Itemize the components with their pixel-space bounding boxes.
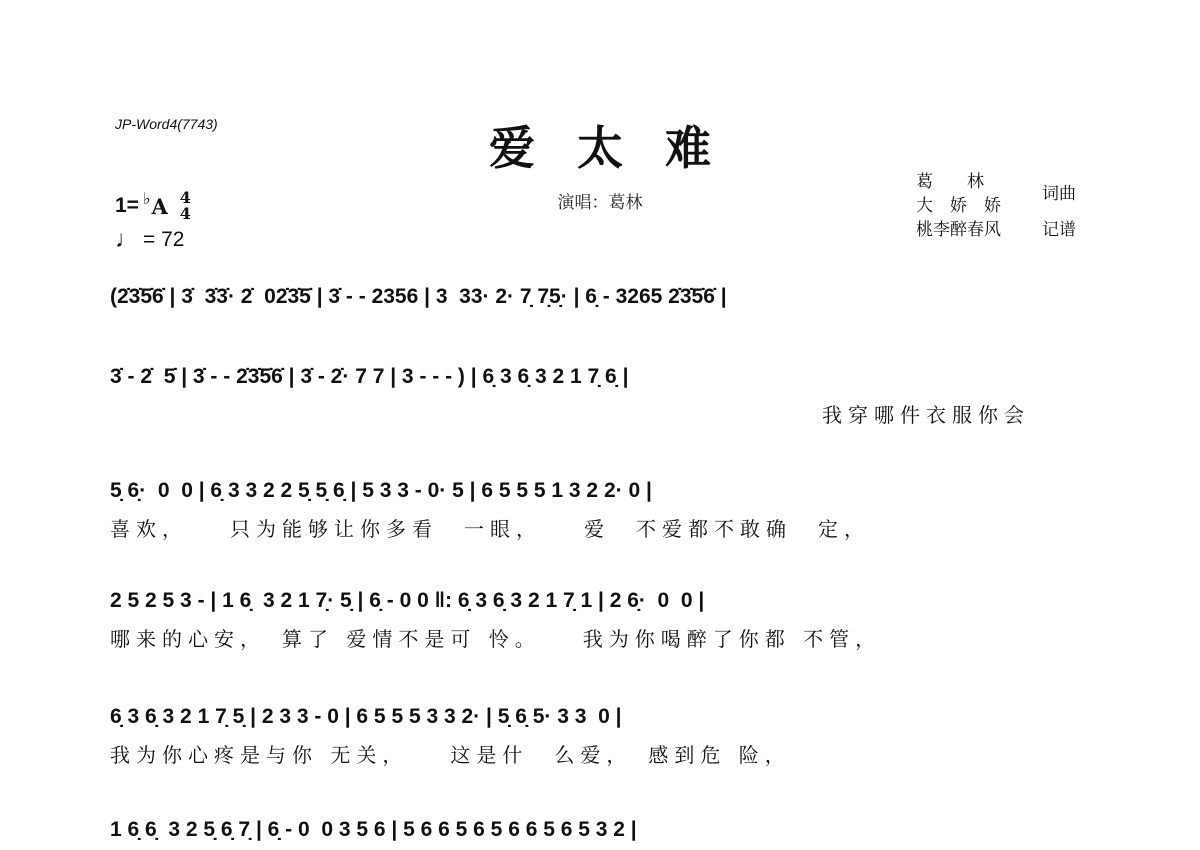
notation-line: 6̣ 3 6̣ 3 2 1 7̣ 5̣ | 2 3 3 - 0 | 6 5 5 … bbox=[110, 702, 1095, 732]
lyricist-role: 词曲 bbox=[1042, 170, 1076, 218]
score-system-4: 2 5 2 5 3 - | 1 6̣ 3 2 1 7̣· 5̣ | 6̣ - 0… bbox=[110, 586, 1095, 654]
score-system-3: 5̣ 6̣· 0 0 | 6̣ 3 3 2 2 5̣ 5̣ 6̣ | 5 3 3… bbox=[110, 476, 1095, 544]
time-bottom: 4 bbox=[180, 206, 191, 222]
notation-line: 5̣ 6̣· 0 0 | 6̣ 3 3 2 2 5̣ 5̣ 6̣ | 5 3 3… bbox=[110, 476, 1095, 506]
lyrics-line: 喜欢， 只为能够让你多看 一眼， 爱 不爱都不敢确 定， bbox=[110, 514, 1095, 544]
quarter-note-icon: ♩ bbox=[115, 226, 139, 254]
tempo-value: = 72 bbox=[143, 228, 184, 252]
lyrics-line: 哪来的心安， 算了 爱情不是可 怜。 我为你喝醉了你都 不管， bbox=[110, 624, 1095, 654]
transcriber-role: 记谱 bbox=[1042, 218, 1076, 242]
key-note: A bbox=[152, 194, 168, 219]
notation-line: 2 5 2 5 3 - | 1 6̣ 3 2 1 7̣· 5̣ | 6̣ - 0… bbox=[110, 586, 1095, 616]
transcriber-name: 桃李醉春风 bbox=[916, 218, 1036, 242]
notation-line: 3̇ - 2̇ 5̇ | 3̇ - - 2̇3̇5̇6̇ | 3̇ - 2̇· … bbox=[110, 362, 1095, 392]
flat-icon: ♭ bbox=[143, 189, 151, 209]
lyrics-line: 我为你心疼是与你 无关， 这是什 么爱， 感到危 险， bbox=[110, 740, 1095, 770]
lyricist-name-1: 葛 林 bbox=[916, 170, 1036, 194]
score-system-1: (2̇3̇5̇6̇ | 3̇ 3̇3̇· 2̇ 02̇3̇5̇ | 3̇ - -… bbox=[110, 282, 1095, 312]
key-signature: 1= ♭ A 4 4 bbox=[115, 190, 191, 222]
song-title: 爱太难 bbox=[0, 112, 1200, 178]
lyricist-name-2: 大 娇 娇 bbox=[916, 194, 1036, 218]
lyrics-line: 我穿哪件衣服你会 bbox=[110, 400, 1095, 430]
credits: 葛 林 大 娇 娇 词曲 桃李醉春风 记谱 bbox=[916, 170, 1076, 242]
score-system-2: 3̇ - 2̇ 5̇ | 3̇ - - 2̇3̇5̇6̇ | 3̇ - 2̇· … bbox=[110, 362, 1095, 430]
time-signature: 4 4 bbox=[180, 190, 191, 222]
notation-line: (2̇3̇5̇6̇ | 3̇ 3̇3̇· 2̇ 02̇3̇5̇ | 3̇ - -… bbox=[110, 282, 1095, 312]
tempo-mark: ♩ = 72 bbox=[115, 226, 184, 254]
notation-line: 1 6̣ 6̣ 3 2 5̣ 6̣ 7̣ | 6̣ - 0 0 3 5 6 | … bbox=[110, 815, 1095, 845]
score-system-5: 6̣ 3 6̣ 3 2 1 7̣ 5̣ | 2 3 3 - 0 | 6 5 5 … bbox=[110, 702, 1095, 770]
score-system-6: 1 6̣ 6̣ 3 2 5̣ 6̣ 7̣ | 6̣ - 0 0 3 5 6 | … bbox=[110, 815, 1095, 845]
key-prefix: 1= bbox=[115, 194, 139, 218]
